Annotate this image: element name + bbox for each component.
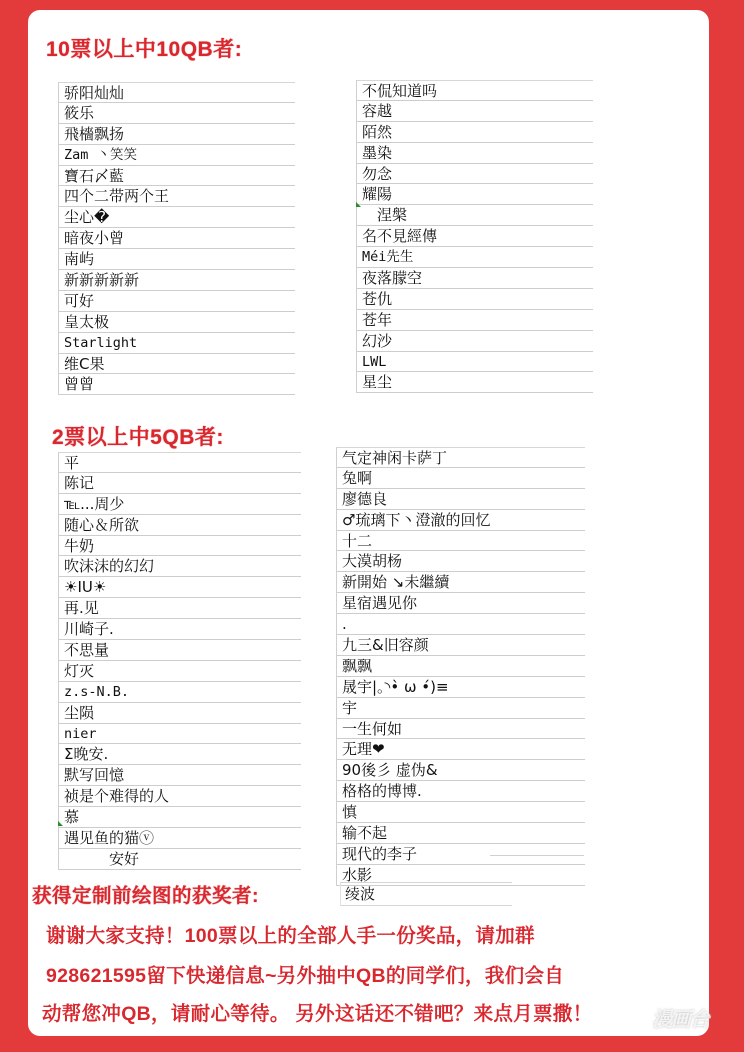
- drawing-prize-winner: 绫波: [340, 882, 512, 906]
- tier2-left-list: 平陈记℡...周少随心＆所欲牛奶吹沫沫的幻幻☀IU☀再.见川崎子.不思量灯灭z.…: [58, 452, 301, 870]
- tier10-right-list: 不侃知道吗容越陌然墨染勿念耀陽涅槃名不見經傳Méi先生夜落朦空苍仇苍年幻沙LWL…: [356, 80, 593, 393]
- list-item: nier: [59, 724, 301, 745]
- list-item: 星宿遇见你: [337, 593, 585, 614]
- cell-comment-marker: [356, 202, 361, 207]
- list-item: 新開始 ↘未繼續: [337, 572, 585, 593]
- list-item: 勿念: [357, 164, 593, 185]
- list-item: 星尘: [357, 372, 593, 393]
- list-item: 筱乐: [59, 103, 295, 124]
- list-item: 慕: [59, 807, 301, 828]
- list-item: 骄阳灿灿: [59, 82, 295, 103]
- list-item: 平: [59, 452, 301, 473]
- drawing-prize-heading: 获得定制前绘图的获奖者:: [32, 880, 259, 908]
- list-item: 寶石〆藍: [59, 166, 295, 187]
- list-item: Zam 丶笑笑: [59, 145, 295, 166]
- list-item: 苍仇: [357, 289, 593, 310]
- list-item: 灯灭: [59, 661, 301, 682]
- list-item: Starlight: [59, 333, 295, 354]
- list-item: 耀陽: [357, 184, 593, 205]
- list-item: 可好: [59, 291, 295, 312]
- list-item: 吹沫沫的幻幻: [59, 556, 301, 577]
- list-item: 一生何如: [337, 719, 585, 740]
- list-item: 幻沙: [357, 331, 593, 352]
- list-item: 90後彡 虚伪&: [337, 760, 585, 781]
- list-item: 川崎子.: [59, 619, 301, 640]
- list-item: 气定神闲卡萨丁: [337, 447, 585, 468]
- notice-line-2: 928621595留下快递信息~另外抽中QB的同学们，我们会自: [46, 960, 564, 988]
- list-item: 安好: [59, 849, 301, 870]
- list-item: 维C果: [59, 354, 295, 375]
- list-item: 慎: [337, 802, 585, 823]
- watermark-logo: 漫画台: [652, 1003, 722, 1029]
- list-item: ♂琉璃下丶澄澈的回忆: [337, 510, 585, 531]
- list-item: ℡...周少: [59, 494, 301, 515]
- list-item: 廖德良: [337, 489, 585, 510]
- list-item: 兔啊: [337, 468, 585, 489]
- list-item: 牛奶: [59, 536, 301, 557]
- tier2-right-list: 气定神闲卡萨丁兔啊廖德良♂琉璃下丶澄澈的回忆十二大漠胡杨新開始 ↘未繼續星宿遇见…: [336, 447, 585, 886]
- list-item: 飘飘: [337, 656, 585, 677]
- list-item: 九三&旧容颜: [337, 635, 585, 656]
- table-stub-line: [490, 855, 584, 856]
- list-item: 皇太极: [59, 312, 295, 333]
- list-item: 不侃知道吗: [357, 80, 593, 101]
- list-item: 四个二带两个王: [59, 186, 295, 207]
- cell-comment-marker: [58, 821, 63, 826]
- notice-line-3: 动帮您冲QB，请耐心等待。 另外这话还不错吧？来点月票撒！: [42, 998, 592, 1026]
- list-item: 祯是个难得的人: [59, 786, 301, 807]
- list-item: 尘陨: [59, 703, 301, 724]
- tier10-left-list: 骄阳灿灿筱乐飛檣飘扬Zam 丶笑笑寶石〆藍四个二带两个王尘心�暗夜小曾南屿新新新…: [58, 82, 295, 395]
- list-item: 容越: [357, 101, 593, 122]
- list-item: 陌然: [357, 122, 593, 143]
- list-item: LWL: [357, 352, 593, 373]
- list-item: Méi先生: [357, 247, 593, 268]
- notice-line-1: 谢谢大家支持！100票以上的全部人手一份奖品，请加群: [46, 920, 535, 948]
- list-item: 名不見經傳: [357, 226, 593, 247]
- list-item: .: [337, 614, 585, 635]
- list-item: 暗夜小曾: [59, 228, 295, 249]
- list-item: z.s-N.B.: [59, 682, 301, 703]
- list-item: 宇: [337, 698, 585, 719]
- list-item: 晟宇|｡◝•̀ ω •́)≡: [337, 677, 585, 698]
- list-item: ☀IU☀: [59, 577, 301, 598]
- list-item: 飛檣飘扬: [59, 124, 295, 145]
- list-item: 曾曾: [59, 374, 295, 395]
- list-item: 大漠胡杨: [337, 551, 585, 572]
- list-item: 遇见鱼的猫ⓥ: [59, 828, 301, 849]
- list-item: 格格的博博.: [337, 781, 585, 802]
- list-item: Σ晚安.: [59, 744, 301, 765]
- list-item: 南屿: [59, 249, 295, 270]
- list-item: 无理❤: [337, 739, 585, 760]
- list-item: 十二: [337, 531, 585, 552]
- list-item: 不思量: [59, 640, 301, 661]
- list-item: 苍年: [357, 310, 593, 331]
- list-item: 新新新新新: [59, 270, 295, 291]
- list-item: 涅槃: [357, 205, 593, 226]
- list-item: 夜落朦空: [357, 268, 593, 289]
- list-item: 随心＆所欲: [59, 515, 301, 536]
- list-item: 墨染: [357, 143, 593, 164]
- tier10-heading: 10票以上中10QB者:: [46, 33, 242, 63]
- list-item: 尘心�: [59, 207, 295, 228]
- list-item: 输不起: [337, 823, 585, 844]
- list-item: 陈记: [59, 473, 301, 494]
- list-item: 再.见: [59, 598, 301, 619]
- list-item: 默写回憶: [59, 765, 301, 786]
- tier2-heading: 2票以上中5QB者:: [52, 421, 224, 451]
